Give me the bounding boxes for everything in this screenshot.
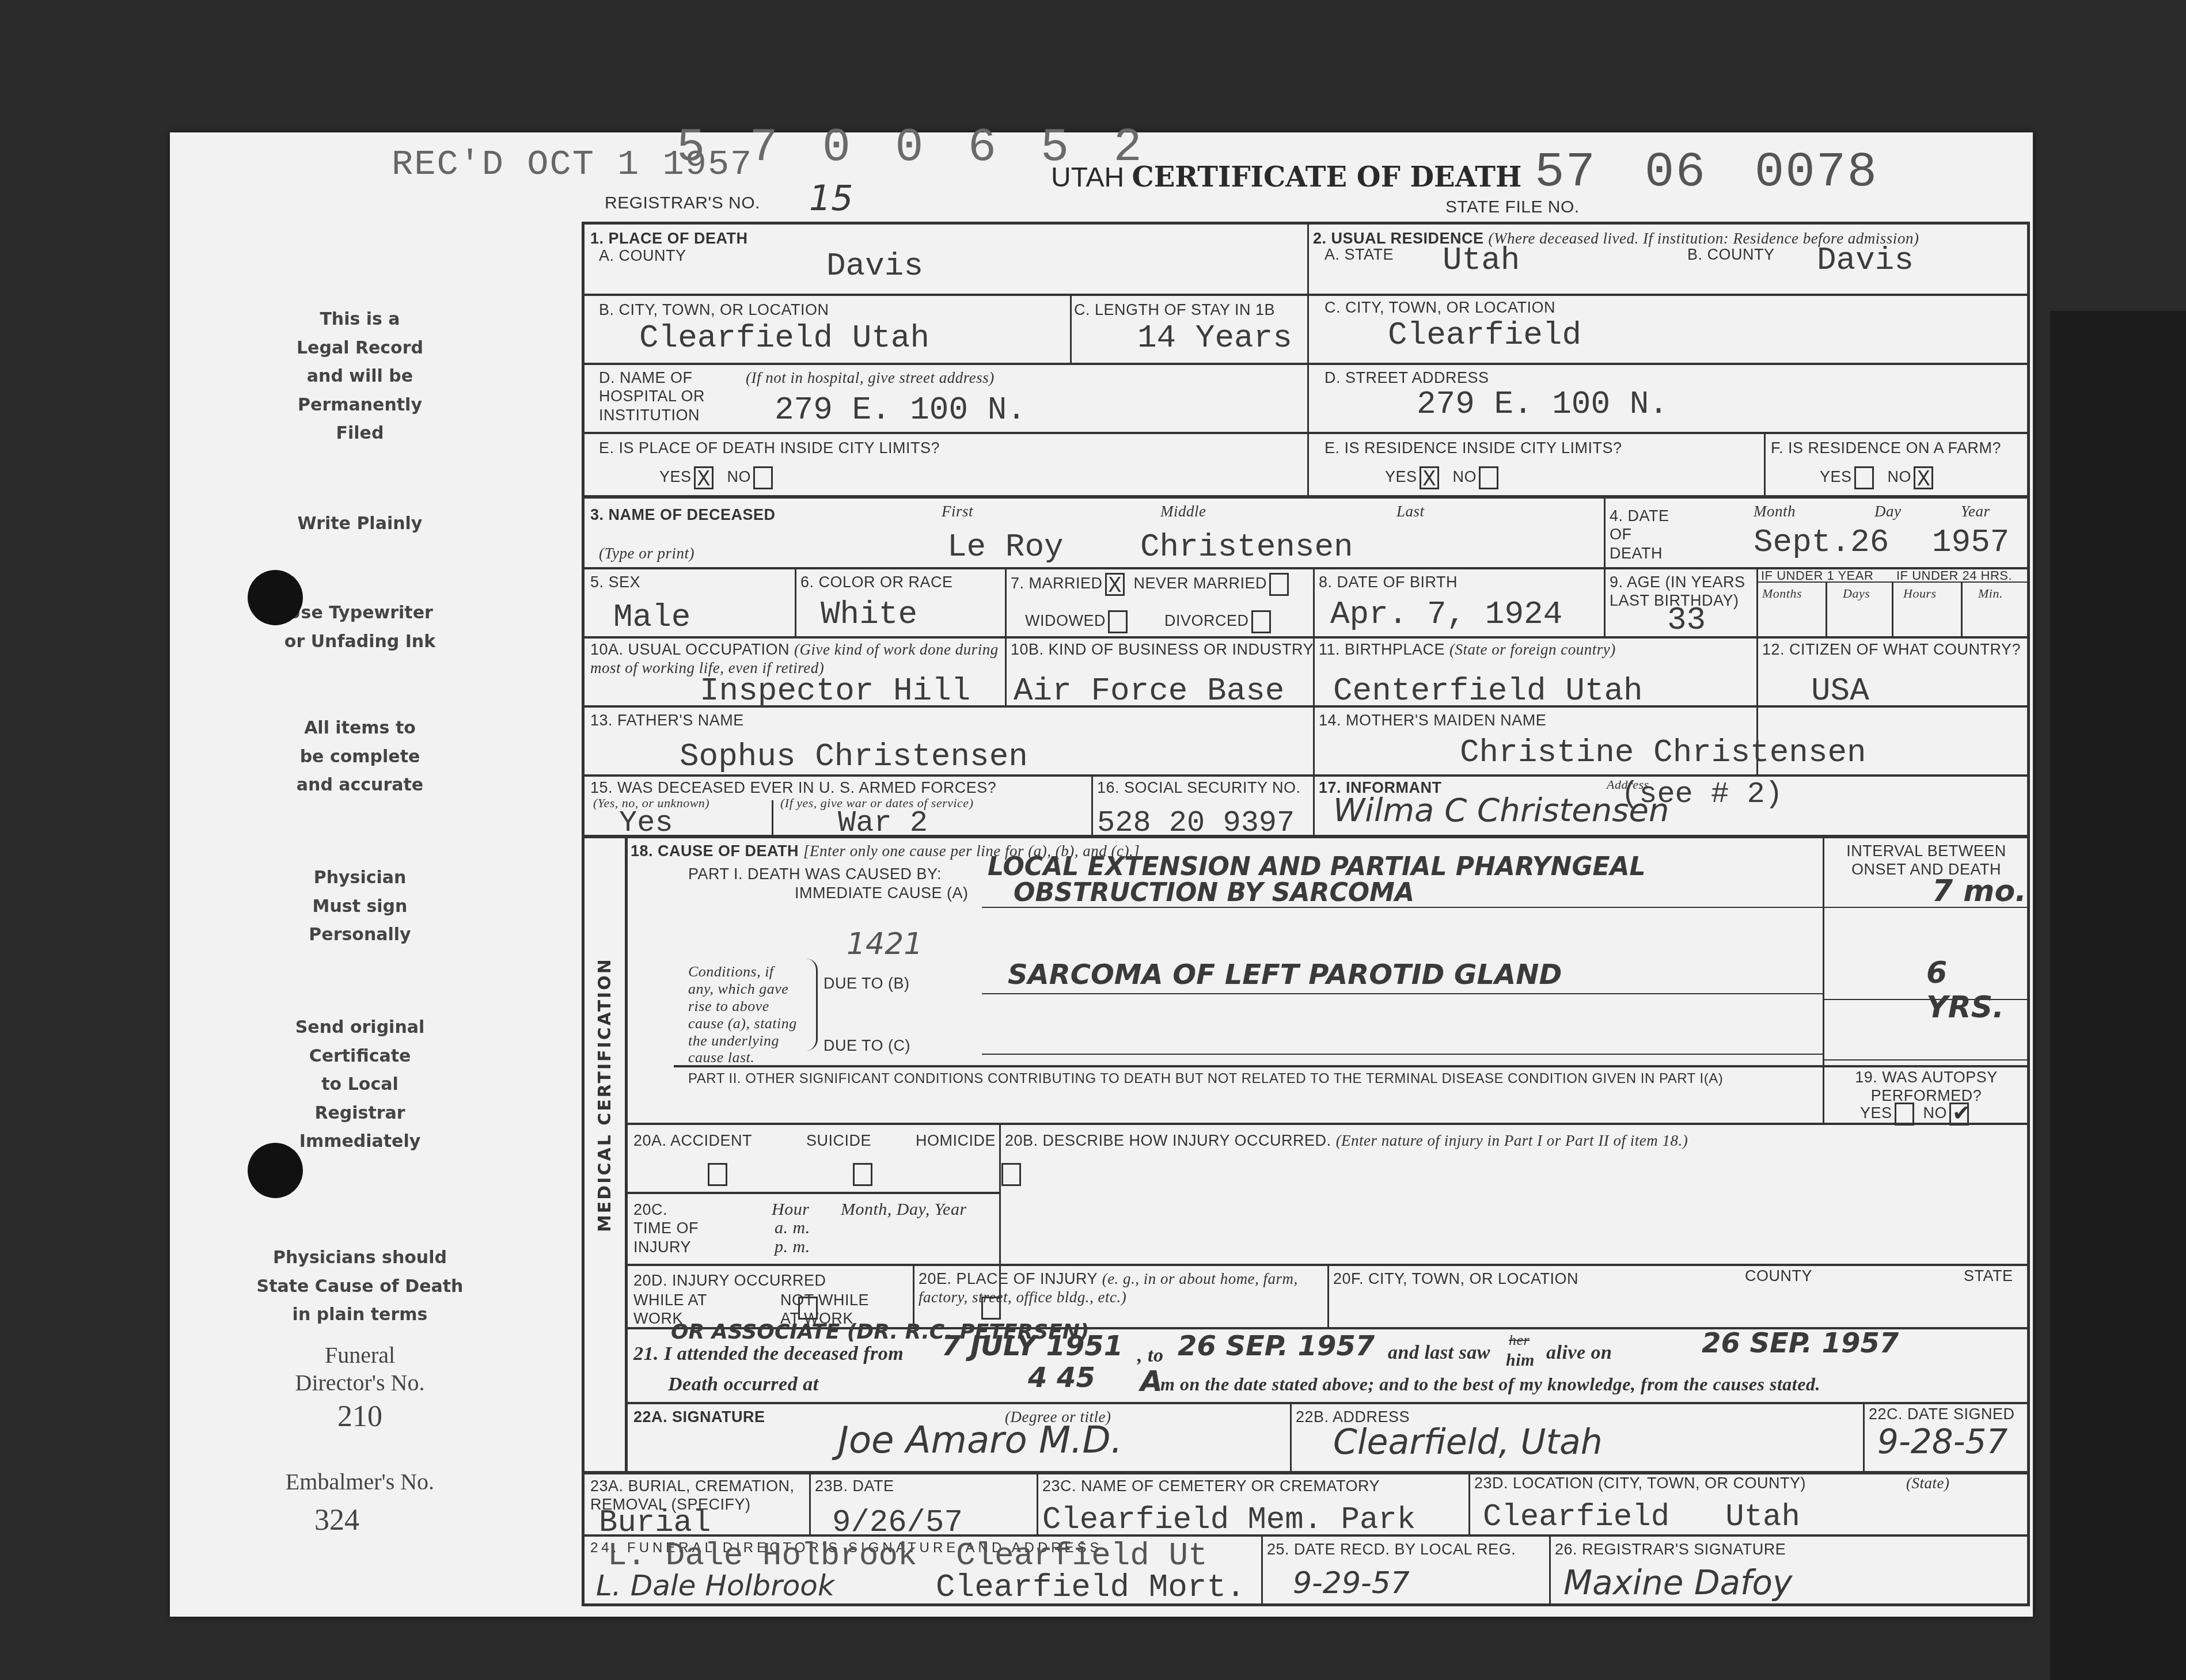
date-of-death-value: Sept.26 <box>1754 524 1889 561</box>
name-of-deceased-label: 3. NAME OF DECEASED <box>590 505 776 524</box>
mother-value: Christine Christensen <box>1460 734 1866 771</box>
attendance-statement: m on the date stated above; and to the b… <box>1160 1373 1820 1395</box>
dob-label: 8. DATE OF BIRTH <box>1319 573 1458 591</box>
homicide-label: HOMICIDE <box>916 1131 996 1150</box>
physician-signature: Joe Amaro M.D. <box>838 1419 1122 1462</box>
yes-checkbox[interactable] <box>1854 466 1874 489</box>
dob-value: Apr. 7, 1924 <box>1330 596 1562 633</box>
informant-signature: Wilma C Christensen <box>1333 792 1669 829</box>
year-of-death-value: 1957 <box>1932 524 2009 561</box>
citizen-label: 12. CITIZEN OF WHAT COUNTRY? <box>1762 640 2021 659</box>
title-prefix: UTAH <box>1051 162 1124 193</box>
part1-label: PART I. DEATH WAS CAUSED BY: <box>688 865 942 883</box>
street-address-label: d. STREET ADDRESS <box>1324 368 1489 387</box>
date-of-death-label: 4. DATE OF DEATH <box>1610 507 1673 562</box>
last-label: Last <box>1396 502 1425 520</box>
note-physician-sign: Physician Must sign Personally <box>239 864 481 949</box>
attended-to-value: 26 SEP. 1957 <box>1178 1330 1375 1362</box>
page-title: UTAH CERTIFICATE OF DEATH <box>1051 161 1521 193</box>
city-limits-label: e. IS PLACE OF DEATH INSIDE CITY LIMITS? <box>599 439 940 457</box>
last-saw-label: and last saw <box>1388 1341 1490 1365</box>
days-label: Days <box>1843 586 1870 601</box>
death-city-value: Clearfield Utah <box>639 320 929 356</box>
burial-location-label: 23d. LOCATION (City, town, or county) <box>1474 1474 1806 1492</box>
registrar-number: 15 <box>809 178 853 219</box>
residence-county-value: Davis <box>1817 242 1914 279</box>
conditions-hint: Conditions, if any, which gave rise to a… <box>688 963 803 1066</box>
citizen-value: USA <box>1811 672 1869 709</box>
interval-b-value: 6 YRS. <box>1926 956 2027 1025</box>
suicide-label: SUICIDE <box>806 1131 871 1150</box>
state-file-number: 57 06 0078 <box>1535 144 1878 200</box>
state-file-label: STATE FILE NO. <box>1445 197 1580 218</box>
pronoun-struck: her <box>1509 1331 1530 1349</box>
date-received-value: 9-29-57 <box>1293 1566 1410 1601</box>
month-day-year-label: Month, Day, Year <box>841 1199 967 1220</box>
embalmer-label: Embalmer's No. <box>239 1468 481 1496</box>
residence-state-value: Utah <box>1443 242 1520 279</box>
birthplace-label: 11. BIRTHPLACE (State or foreign country… <box>1319 640 1616 659</box>
pronoun: him <box>1506 1350 1535 1371</box>
death-time-value: 4 45 <box>1028 1362 1095 1394</box>
embalmer-number: 324 <box>216 1503 458 1538</box>
physician-address-value: Clearfield, Utah <box>1333 1422 1603 1462</box>
injury-city-label: 20f. CITY, TOWN, OR LOCATION <box>1333 1269 1578 1288</box>
injury-occurred-label: 20d. INJURY OCCURRED <box>633 1271 826 1290</box>
marital-status-group: 7. MARRIED NEVER MARRIED <box>1011 573 1289 596</box>
note-legal-record: This is a Legal Record and will be Perma… <box>239 305 481 448</box>
residence-city-label: c. CITY, TOWN, OR LOCATION <box>1324 298 1555 317</box>
alive-on-label: alive on <box>1546 1341 1612 1365</box>
immediate-cause-label: IMMEDIATE CAUSE (a) <box>795 884 969 902</box>
death-occurred-label: Death occurred at <box>668 1373 819 1397</box>
war-value: War 2 <box>838 806 928 840</box>
death-city-limits-checkboxes: YES NO <box>659 466 773 489</box>
hours-label: Hours <box>1903 586 1937 601</box>
due-to-c-label: DUE TO (c) <box>823 1036 910 1055</box>
date-signed-value: 9-28-57 <box>1877 1422 2007 1461</box>
min-label: Min. <box>1978 586 2003 601</box>
no-checkbox[interactable] <box>1914 466 1933 489</box>
armed-forces-label: 15. WAS DECEASED EVER IN U. S. ARMED FOR… <box>590 778 996 797</box>
alive-on-value: 26 SEP. 1957 <box>1702 1327 1899 1359</box>
yes-checkbox[interactable] <box>694 466 714 489</box>
ssn-label: 16. SOCIAL SECURITY NO. <box>1097 778 1301 797</box>
funeral-director-label: Funeral Director's No. <box>239 1341 481 1397</box>
residence-county-label: b. COUNTY <box>1687 245 1775 264</box>
funeral-director-signature: L. Dale Holbrook <box>596 1569 834 1602</box>
widowed-checkbox[interactable] <box>1108 610 1128 633</box>
date-signed-label: 22c. DATE SIGNED <box>1869 1405 2015 1423</box>
residence-state-label: a. STATE <box>1324 245 1394 264</box>
autopsy-checkboxes: YES NO <box>1860 1103 1969 1126</box>
note-send-original: Send original Certificate to Local Regis… <box>239 1013 481 1156</box>
certificate-form: 1. PLACE OF DEATH a. COUNTY Davis b. CIT… <box>582 222 2030 1606</box>
farm-checkboxes: YES NO <box>1820 466 1933 489</box>
attended-label: 21. I attended the deceased from <box>633 1343 904 1366</box>
father-label: 13. FATHER'S NAME <box>590 711 744 729</box>
burial-location-value: Clearfield Utah <box>1483 1500 1800 1535</box>
cemetery-label: 23c. NAME OF CEMETERY OR CREMATORY <box>1042 1477 1380 1495</box>
months-label: Months <box>1762 586 1802 601</box>
death-county-value: Davis <box>826 248 923 284</box>
business-value: Air Force Base <box>1014 672 1284 709</box>
homicide-checkbox[interactable] <box>1001 1163 1021 1186</box>
cause-code: 1421 <box>847 927 923 961</box>
informant-address-value: (see # 2) <box>1621 777 1783 811</box>
birthplace-value: Centerfield Utah <box>1333 672 1643 709</box>
sex-value: Male <box>613 599 690 636</box>
place-of-death-label: 1. PLACE OF DEATH <box>590 229 748 248</box>
first-name-value: Le Roy <box>947 529 1064 565</box>
due-to-b-label: DUE TO (b) <box>823 974 910 993</box>
funeral-home-value: Clearfield Mort. <box>936 1569 1246 1606</box>
am-label: a. m. <box>775 1218 810 1238</box>
residence-city-limits-label: e. IS RESIDENCE INSIDE CITY LIMITS? <box>1324 439 1622 457</box>
death-city-label: b. CITY, TOWN, OR LOCATION <box>599 301 829 319</box>
hospital-value: 279 E. 100 N. <box>775 392 1026 428</box>
funeral-director-number: 210 <box>239 1399 481 1435</box>
father-value: Sophus Christensen <box>680 738 1028 775</box>
pm-label: p. m. <box>775 1237 810 1257</box>
am-marker: A <box>1140 1364 1163 1398</box>
year-label: Year <box>1961 502 1990 520</box>
mother-label: 14. MOTHER'S MAIDEN NAME <box>1319 711 1546 729</box>
business-label: 10b. KIND OF BUSINESS OR INDUSTRY <box>1011 640 1314 659</box>
no-checkbox[interactable] <box>753 466 773 489</box>
under-1-year-label: IF UNDER 1 YEAR <box>1761 568 1873 583</box>
note-plain-terms: Physicians should State Cause of Death i… <box>239 1244 481 1329</box>
place-of-injury-label: 20e. PLACE OF INJURY (e. g., in or about… <box>919 1269 1324 1307</box>
yes-checkbox[interactable] <box>1895 1103 1914 1126</box>
middle-label: Middle <box>1160 502 1206 520</box>
title-text: CERTIFICATE OF DEATH <box>1132 161 1521 193</box>
race-value: White <box>821 596 917 633</box>
county-label: a. COUNTY <box>599 246 686 265</box>
first-label: First <box>942 502 973 520</box>
describe-injury-label: 20b. DESCRIBE HOW INJURY OCCURRED. (Ente… <box>1005 1131 1688 1150</box>
state-hint: (State) <box>1906 1474 1949 1492</box>
attended-from-value: 7 JULY 1951 <box>942 1330 1123 1362</box>
occupation-value: Inspector Hill <box>700 672 970 709</box>
yes-checkbox[interactable] <box>1420 466 1439 489</box>
race-label: 6. COLOR OR RACE <box>800 573 953 591</box>
injury-county-label: COUNTY <box>1745 1267 1812 1285</box>
registrar-signature-label: 26. REGISTRAR'S SIGNATURE <box>1555 1540 1786 1559</box>
hospital-hint: (If not in hospital, give street address… <box>746 368 995 387</box>
street-address-value: 279 E. 100 N. <box>1417 386 1668 423</box>
cemetery-value: Clearfield Mem. Park <box>1042 1503 1415 1538</box>
month-label: Month <box>1754 502 1796 520</box>
last-name-value: Christensen <box>1140 529 1353 565</box>
interval-a-value: 7 mo. <box>1932 874 2026 909</box>
injury-state-label: STATE <box>1964 1267 2013 1285</box>
registrar-signature: Maxine Dafoy <box>1563 1563 1792 1602</box>
burial-date-label: 23b. DATE <box>815 1477 894 1495</box>
length-of-stay-label: c. LENGTH OF STAY IN 1b <box>1074 301 1275 319</box>
binder-hole <box>248 570 303 625</box>
sex-label: 5. SEX <box>590 573 640 591</box>
length-of-stay-value: 14 Years <box>1137 320 1292 356</box>
no-checkbox[interactable] <box>1949 1103 1969 1126</box>
immediate-cause-line2: OBSTRUCTION BY SARCOMA <box>1014 878 1414 907</box>
time-of-injury-label: 20c. TIME OF INJURY <box>633 1200 703 1256</box>
marital-status-group-2: WIDOWED DIVORCED <box>1025 610 1271 633</box>
part2-label: PART II. OTHER SIGNIFICANT CONDITIONS CO… <box>688 1071 1723 1088</box>
ssn-value: 528 20 9397 <box>1097 806 1295 840</box>
married-checkbox[interactable] <box>1105 573 1125 596</box>
date-received-label: 25. DATE RECD. BY LOCAL REG. <box>1267 1540 1516 1559</box>
armed-forces-value: Yes <box>619 806 673 840</box>
suicide-checkbox[interactable] <box>853 1163 872 1186</box>
due-to-b-value: SARCOMA OF LEFT PAROTID GLAND <box>1008 959 1562 991</box>
hour-label: Hour <box>772 1199 809 1220</box>
medical-certification-label: MEDICAL CERTIFICATION <box>595 957 615 1232</box>
name-hint: (Type or print) <box>599 544 694 562</box>
note-write-plainly: Write Plainly <box>239 510 481 538</box>
background-binder <box>2050 311 2186 1680</box>
note-complete: All items to be complete and accurate <box>239 714 481 800</box>
autopsy-label: 19. WAS AUTOPSY PERFORMED? <box>1828 1068 2024 1105</box>
accident-checkbox[interactable] <box>708 1163 727 1186</box>
no-checkbox[interactable] <box>1479 466 1498 489</box>
day-label: Day <box>1874 502 1901 520</box>
residence-city-value: Clearfield <box>1388 317 1581 354</box>
brace <box>806 959 818 1051</box>
under-24-hrs-label: IF UNDER 24 HRS. <box>1896 568 2012 583</box>
residence-city-limits-checkboxes: YES NO <box>1385 466 1498 489</box>
signature-label: 22a. SIGNATURE <box>633 1408 765 1426</box>
accident-label: 20a. ACCIDENT <box>633 1131 752 1150</box>
divorced-checkbox[interactable] <box>1251 610 1271 633</box>
never-married-checkbox[interactable] <box>1269 573 1289 596</box>
age-value: 33 <box>1667 602 1706 638</box>
immediate-cause-line1: LOCAL EXTENSION AND PARTIAL PHARYNGEAL <box>988 852 1646 881</box>
registrar-label: REGISTRAR'S NO. <box>605 193 760 214</box>
binder-hole <box>248 1143 303 1198</box>
farm-label: f. IS RESIDENCE ON A FARM? <box>1771 439 2001 457</box>
